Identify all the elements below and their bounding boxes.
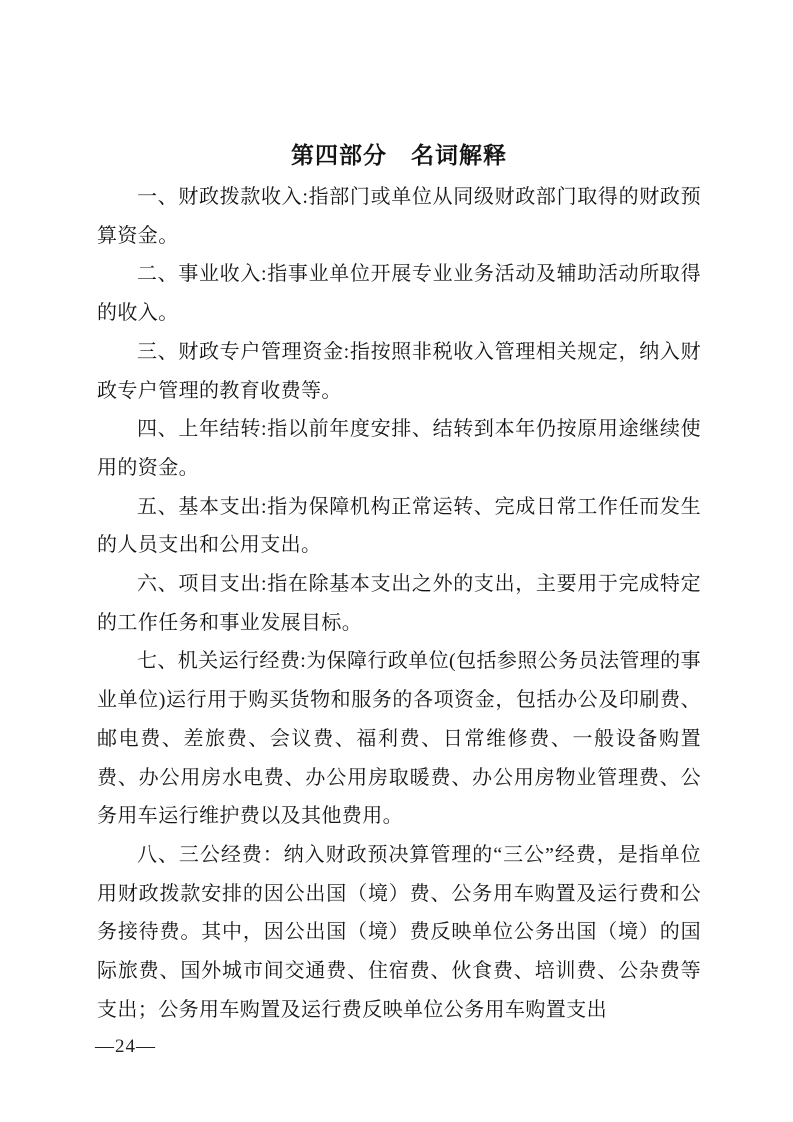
definition-paragraph-1: 一、财政拨款收入:指部门或单位从同级财政部门取得的财政预算资金。 xyxy=(97,178,701,255)
definition-paragraph-5: 五、基本支出:指为保障机构正常运转、完成日常工作任而发生的人员支出和公用支出。 xyxy=(97,488,701,565)
definition-paragraph-8: 八、三公经费：纳入财政预决算管理的“三公”经费，是指单位用财政拨款安排的因公出国… xyxy=(97,836,701,1030)
page-number: —24— xyxy=(95,1036,156,1058)
definition-paragraph-7: 七、机关运行经费:为保障行政单位(包括参照公务员法管理的事业单位)运行用于购买货… xyxy=(97,642,701,836)
document-page: 第四部分 名词解释 一、财政拨款收入:指部门或单位从同级财政部门取得的财政预算资… xyxy=(0,0,793,1122)
definition-paragraph-6: 六、项目支出:指在除基本支出之外的支出，主要用于完成特定的工作任务和事业发展目标… xyxy=(97,565,701,642)
definition-paragraph-2: 二、事业收入:指事业单位开展专业业务活动及辅助活动所取得的收入。 xyxy=(97,255,701,332)
document-content: 第四部分 名词解释 一、财政拨款收入:指部门或单位从同级财政部门取得的财政预算资… xyxy=(97,140,701,1029)
definitions-body: 一、财政拨款收入:指部门或单位从同级财政部门取得的财政预算资金。 二、事业收入:… xyxy=(97,178,701,1029)
definition-paragraph-4: 四、上年结转:指以前年度安排、结转到本年仍按原用途继续使用的资金。 xyxy=(97,410,701,487)
definition-paragraph-3: 三、财政专户管理资金:指按照非税收入管理相关规定，纳入财政专户管理的教育收费等。 xyxy=(97,333,701,410)
section-title: 第四部分 名词解释 xyxy=(97,140,701,172)
